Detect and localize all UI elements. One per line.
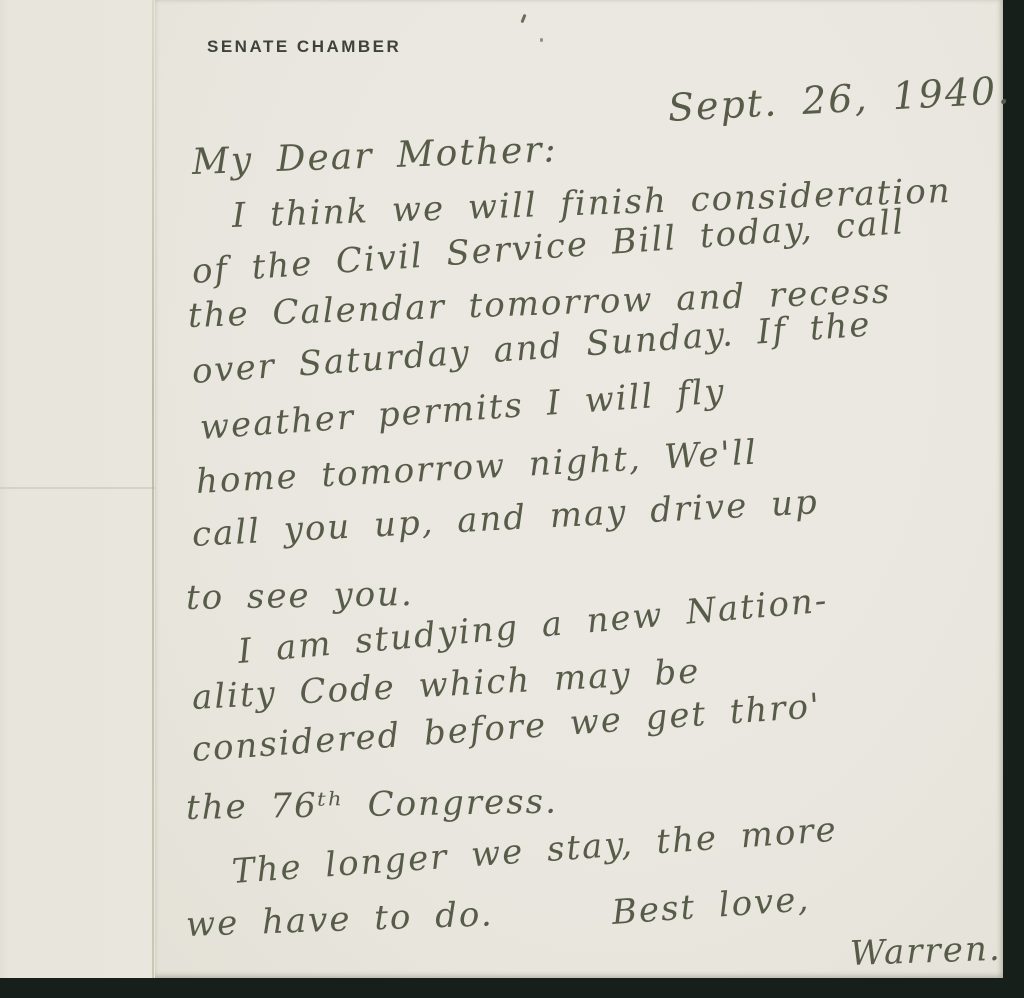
letter-signature: Warren. — [849, 929, 1002, 974]
page-fold-seam — [152, 0, 154, 978]
ink-speck — [540, 38, 543, 42]
handwritten-line: to see you. — [186, 574, 414, 618]
adjacent-page-edge — [0, 0, 155, 978]
handwritten-line: the 76ᵗʰ Congress. — [186, 782, 559, 828]
scanned-letter: SENATE CHAMBER Sept. 26, 1940. My Dear M… — [0, 0, 1024, 998]
letterhead-text: SENATE CHAMBER — [207, 37, 401, 57]
horizontal-fold-crease — [0, 487, 166, 489]
